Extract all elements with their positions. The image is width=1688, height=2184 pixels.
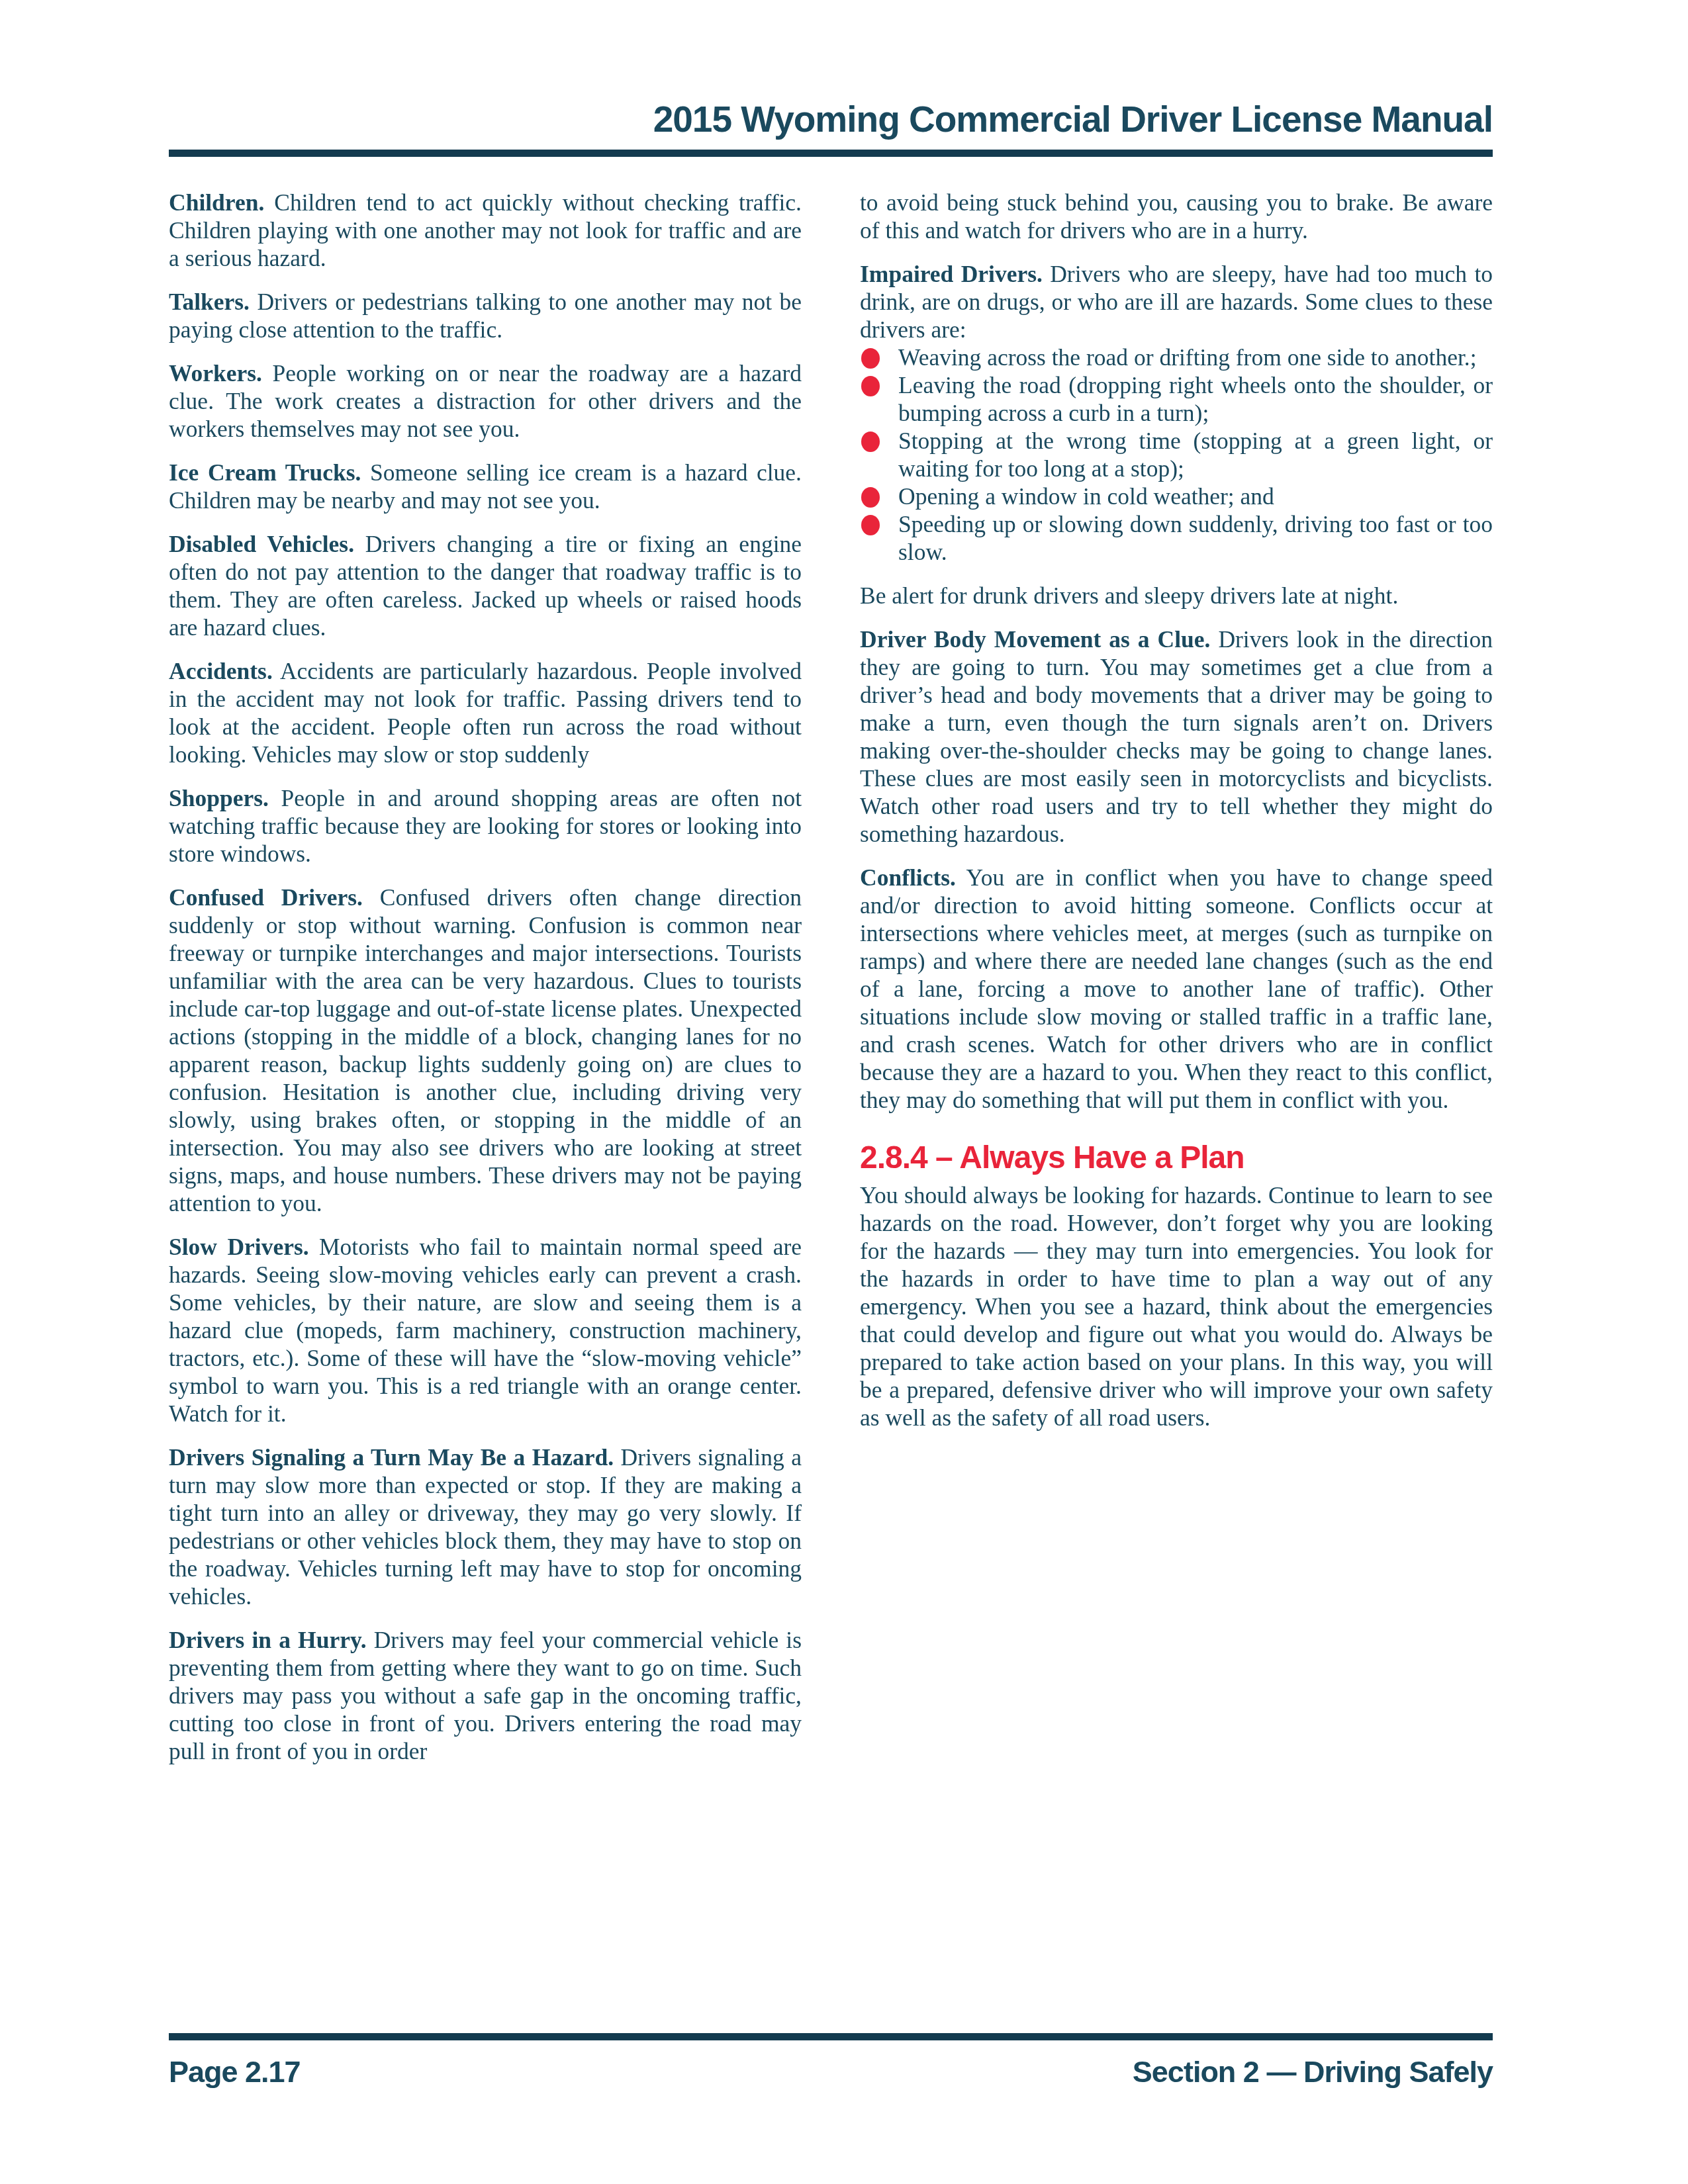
bullet-text: Stopping at the wrong time (stopping at … (898, 428, 1493, 482)
paragraph-disabled-vehicles: Disabled Vehicles. Drivers changing a ti… (169, 530, 802, 641)
lead-accidents: Accidents. (169, 658, 273, 684)
bullet-item: Weaving across the road or drifting from… (860, 343, 1493, 371)
content: 2015 Wyoming Commercial Driver License M… (169, 0, 1493, 1781)
lead-confused-drivers: Confused Drivers. (169, 884, 363, 911)
text-workers: People working on or near the roadway ar… (169, 360, 802, 442)
paragraph-confused-drivers: Confused Drivers. Confused drivers often… (169, 884, 802, 1217)
paragraph-shoppers: Shoppers. People in and around shopping … (169, 784, 802, 868)
bullet-item: Leaving the road (dropping right wheels … (860, 371, 1493, 427)
lead-conflicts: Conflicts. (860, 864, 956, 891)
section-heading-2-8-4: 2.8.4 – Always Have a Plan (860, 1140, 1493, 1176)
footer-row: Page 2.17 Section 2 — Driving Safely (169, 2055, 1493, 2089)
lead-workers: Workers. (169, 360, 262, 387)
footer: Page 2.17 Section 2 — Driving Safely (169, 2033, 1493, 2089)
footer-page-label: Page 2.17 (169, 2055, 301, 2089)
lead-drivers-in-a-hurry: Drivers in a Hurry. (169, 1627, 367, 1653)
page-title: 2015 Wyoming Commercial Driver License M… (169, 99, 1493, 139)
text-talkers: Drivers or pedestrians talking to one an… (169, 289, 802, 343)
text-conflicts: You are in conflict when you have to cha… (860, 864, 1493, 1113)
paragraph-workers: Workers. People working on or near the r… (169, 359, 802, 443)
lead-children: Children. (169, 189, 264, 216)
lead-impaired-drivers: Impaired Drivers. (860, 261, 1043, 287)
text-confused-drivers: Confused drivers often change direction … (169, 884, 802, 1216)
footer-rule (169, 2033, 1493, 2040)
columns: Children. Children tend to act quickly w… (169, 189, 1493, 1781)
bullet-text: Weaving across the road or drifting from… (898, 344, 1477, 371)
paragraph-drivers-in-a-hurry: Drivers in a Hurry. Drivers may feel you… (169, 1626, 802, 1765)
paragraph-drivers-signaling: Drivers Signaling a Turn May Be a Hazard… (169, 1443, 802, 1610)
bullet-text: Opening a window in cold weather; and (898, 483, 1274, 510)
paragraph-slow-drivers: Slow Drivers. Motorists who fail to main… (169, 1233, 802, 1428)
text-children: Children tend to act quickly without che… (169, 189, 802, 271)
bullet-icon (861, 432, 880, 452)
bullet-item: Opening a window in cold weather; and (860, 482, 1493, 510)
bullet-text: Leaving the road (dropping right wheels … (898, 372, 1493, 426)
paragraph-conflicts: Conflicts. You are in conflict when you … (860, 864, 1493, 1114)
text-driver-body-movement: Drivers look in the direction they are g… (860, 626, 1493, 847)
footer-section-label: Section 2 — Driving Safely (1133, 2055, 1493, 2089)
paragraph-hurry-continuation: to avoid being stuck behind you, causing… (860, 189, 1493, 244)
text-slow-drivers: Motorists who fail to maintain normal sp… (169, 1234, 802, 1427)
page: 2015 Wyoming Commercial Driver License M… (0, 0, 1688, 2184)
left-column: Children. Children tend to act quickly w… (169, 189, 802, 1781)
paragraph-driver-body-movement: Driver Body Movement as a Clue. Drivers … (860, 625, 1493, 848)
lead-disabled-vehicles: Disabled Vehicles. (169, 531, 354, 557)
lead-talkers: Talkers. (169, 289, 250, 315)
header-rule (169, 150, 1493, 157)
bullet-icon (861, 348, 880, 369)
paragraph-accidents: Accidents. Accidents are particularly ha… (169, 657, 802, 768)
paragraph-children: Children. Children tend to act quickly w… (169, 189, 802, 272)
right-column: to avoid being stuck behind you, causing… (860, 189, 1493, 1781)
paragraph-be-alert: Be alert for drunk drivers and sleepy dr… (860, 582, 1493, 610)
bullet-item: Speeding up or slowing down suddenly, dr… (860, 510, 1493, 566)
bullet-icon (861, 376, 880, 396)
bullet-item: Stopping at the wrong time (stopping at … (860, 427, 1493, 482)
paragraph-always-have-a-plan: You should always be looking for hazards… (860, 1181, 1493, 1432)
lead-shoppers: Shoppers. (169, 785, 269, 811)
impaired-clues-list: Weaving across the road or drifting from… (860, 343, 1493, 566)
lead-driver-body-movement: Driver Body Movement as a Clue. (860, 626, 1210, 653)
lead-ice-cream-trucks: Ice Cream Trucks. (169, 459, 361, 486)
paragraph-ice-cream-trucks: Ice Cream Trucks. Someone selling ice cr… (169, 459, 802, 514)
lead-drivers-signaling: Drivers Signaling a Turn May Be a Hazard… (169, 1444, 614, 1471)
bullet-icon (861, 515, 880, 535)
paragraph-talkers: Talkers. Drivers or pedestrians talking … (169, 288, 802, 343)
lead-slow-drivers: Slow Drivers. (169, 1234, 309, 1260)
paragraph-impaired-drivers: Impaired Drivers. Drivers who are sleepy… (860, 260, 1493, 343)
bullet-icon (861, 487, 880, 508)
bullet-text: Speeding up or slowing down suddenly, dr… (898, 511, 1493, 565)
